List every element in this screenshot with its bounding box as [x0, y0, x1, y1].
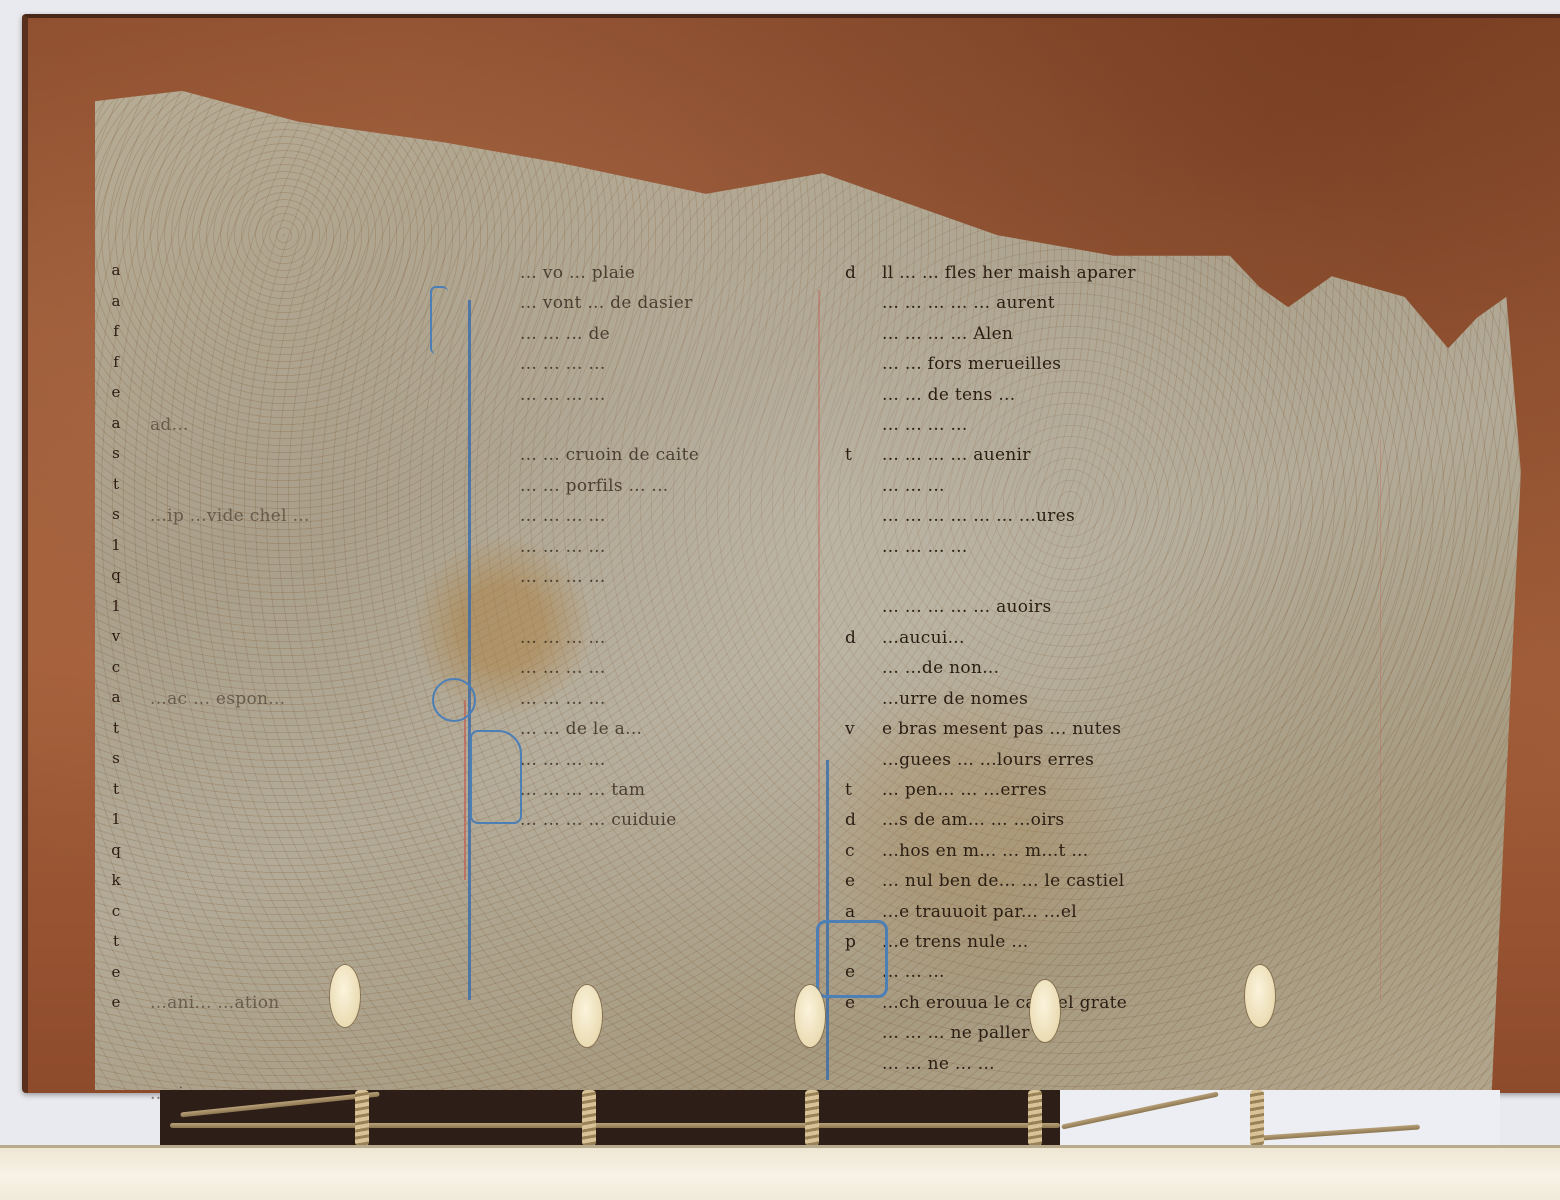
text-line: [150, 319, 430, 349]
text-line: [520, 957, 820, 987]
text-line: ...ani... ...ation: [150, 988, 430, 1018]
text-line: ... pen... ... ...erres: [882, 775, 1182, 805]
text-line: ... ... ... ...: [520, 623, 820, 653]
quire-letter: s: [112, 743, 120, 774]
text-line: ... ... ...: [882, 957, 1182, 987]
sewing-support: [582, 1090, 596, 1146]
text-line: e bras mesent pas ... nutes: [882, 714, 1182, 744]
quire-letter: a: [112, 286, 121, 317]
decorated-initial-top: [430, 286, 448, 354]
line-initial: [845, 1049, 865, 1079]
quire-letter: t: [113, 774, 119, 805]
sewing-tab: [572, 985, 602, 1047]
text-line: [150, 653, 430, 683]
quire-letter: e: [112, 987, 121, 1018]
text-line: [150, 380, 430, 410]
text-line: ... ... ... ...: [520, 380, 820, 410]
text-line: [150, 775, 430, 805]
text-line: ... ... ... ...: [520, 501, 820, 531]
line-initial: d: [845, 258, 865, 288]
quire-letter: a: [112, 255, 121, 286]
quire-letter: q: [111, 835, 121, 866]
quire-letter: e: [112, 377, 121, 408]
penwork-blue-line: [468, 300, 471, 1000]
line-initial: [845, 501, 865, 531]
text-line: [150, 957, 430, 987]
quire-letter: q: [111, 560, 121, 591]
text-line: [520, 1049, 820, 1079]
text-line: ... ... ...: [882, 471, 1182, 501]
text-line: [882, 562, 1182, 592]
line-initial: [845, 380, 865, 410]
text-line: ll ... ... fles her maish aparer: [882, 258, 1182, 288]
text-line: ... ... ... ... ... auoirs: [882, 592, 1182, 622]
line-initial: [845, 410, 865, 440]
text-line: [150, 532, 430, 562]
text-line: [520, 410, 820, 440]
text-line: ... ... ... ...: [882, 532, 1182, 562]
quire-letter: v: [112, 621, 120, 652]
text-line: ...ip ...vide chel ...: [150, 501, 430, 531]
text-line: ...ac ... espon...: [150, 684, 430, 714]
text-line: [150, 440, 430, 470]
line-initial: [845, 592, 865, 622]
quire-letter: a: [112, 682, 121, 713]
penwork-red-line: [464, 700, 466, 880]
sewing-support: [355, 1090, 369, 1146]
text-line: ... ... ... ... ... ... ...ures: [882, 501, 1182, 531]
text-line: ...hos en m... ... m...t ...: [882, 836, 1182, 866]
sewing-support: [1250, 1090, 1264, 1146]
text-line: [520, 988, 820, 1018]
text-line: ... ...de non...: [882, 653, 1182, 683]
penwork-flourish-side: [470, 730, 522, 824]
text-line: [150, 836, 430, 866]
text-line: ... ... ... ... Alen: [882, 319, 1182, 349]
text-line: [150, 471, 430, 501]
sewing-tab: [1030, 980, 1060, 1042]
text-line: [150, 745, 430, 775]
text-line: [150, 288, 430, 318]
text-line: [150, 623, 430, 653]
quire-letter: t: [113, 469, 119, 500]
line-initial: [845, 653, 865, 683]
text-line: ... ... ... ...: [520, 745, 820, 775]
line-initial: [845, 471, 865, 501]
text-line: [520, 897, 820, 927]
middle-text-column: ... vo ... plaie... vont ... de dasier..…: [520, 258, 820, 1109]
quire-letter: 1: [111, 530, 121, 561]
line-initial: [845, 1018, 865, 1048]
line-initial: t: [845, 440, 865, 470]
text-line: [520, 1018, 820, 1048]
text-line: ...e trauuoit par... ...el: [882, 897, 1182, 927]
line-initial: d: [845, 805, 865, 835]
quire-letter: f: [113, 316, 119, 347]
quire-letter: 1: [111, 804, 121, 835]
text-line: ... ... fors merueilles: [882, 349, 1182, 379]
quire-letter: t: [113, 713, 119, 744]
quire-letter: e: [112, 957, 121, 988]
text-line: [150, 592, 430, 622]
text-line: ... vont ... de dasier: [520, 288, 820, 318]
left-text-column: ad... ...ip ...vide chel ... ...ac ... e…: [150, 258, 430, 1109]
text-line: ... vo ... plaie: [520, 258, 820, 288]
line-initial: [845, 319, 865, 349]
spine-letters: aaffeasts1q1vcatst1qkctee: [104, 255, 128, 1018]
text-line: [150, 258, 430, 288]
text-line: ... ... ... ... cuiduie: [520, 805, 820, 835]
text-line: ... ... porfils ... ...: [520, 471, 820, 501]
text-line: ... ... ... ...: [882, 410, 1182, 440]
text-line: [150, 927, 430, 957]
text-line: ... ... ... ...: [520, 349, 820, 379]
quire-letter: c: [112, 652, 120, 683]
text-line: ... ... de tens ...: [882, 380, 1182, 410]
sewing-support: [805, 1090, 819, 1146]
text-line: [520, 836, 820, 866]
sewing-tab: [330, 965, 360, 1027]
line-initial: [845, 562, 865, 592]
text-line: ... ... ... ...: [520, 684, 820, 714]
text-line: ... ... ... ... ... aurent: [882, 288, 1182, 318]
text-line: ... ... ... ...: [520, 532, 820, 562]
quire-letter: f: [113, 347, 119, 378]
text-line: ... ... cruoin de caite: [520, 440, 820, 470]
quire-letter: k: [111, 865, 120, 896]
text-line: ... ... ... ... tam: [520, 775, 820, 805]
text-line: [150, 714, 430, 744]
line-initial: [845, 745, 865, 775]
penwork-flourish: [432, 678, 476, 722]
line-initial: t: [845, 775, 865, 805]
text-line: ad...: [150, 410, 430, 440]
text-line: [520, 866, 820, 896]
line-initial: v: [845, 714, 865, 744]
quire-letter: s: [112, 499, 120, 530]
sewing-tab: [1245, 965, 1275, 1027]
text-line: [150, 805, 430, 835]
text-line: ... ... ... de: [520, 319, 820, 349]
right-text-column: ll ... ... fles her maish aparer... ... …: [882, 258, 1182, 1079]
quire-letter: c: [112, 896, 120, 927]
quire-letter: s: [112, 438, 120, 469]
text-line: ...aucui...: [882, 623, 1182, 653]
text-line: [520, 927, 820, 957]
quire-letter: a: [112, 408, 121, 439]
line-initial: e: [845, 866, 865, 896]
decorated-initial-bottom: [816, 920, 888, 998]
sewing-tab: [795, 985, 825, 1047]
text-line: [150, 1018, 430, 1048]
spine-gap-background: [1060, 1090, 1500, 1148]
quire-letter: 1: [111, 591, 121, 622]
line-initial: c: [845, 836, 865, 866]
text-line: ... ... de le a...: [520, 714, 820, 744]
text-block-edge: [0, 1145, 1560, 1200]
quire-letter: t: [113, 926, 119, 957]
text-line: ... ... ne ... ...: [882, 1049, 1182, 1079]
ruling-line: [1380, 440, 1381, 1000]
line-initial: [845, 288, 865, 318]
text-line: [520, 592, 820, 622]
text-line: [150, 897, 430, 927]
sewing-support: [1028, 1090, 1042, 1146]
line-initial: [845, 532, 865, 562]
text-line: [150, 866, 430, 896]
text-line: [150, 349, 430, 379]
text-line: ...urre de nomes: [882, 684, 1182, 714]
text-line: ...s de am... ... ...oirs: [882, 805, 1182, 835]
text-line: ...guees ... ...lours erres: [882, 745, 1182, 775]
line-initial: [845, 684, 865, 714]
text-line: ... nul ben de... ... le castiel: [882, 866, 1182, 896]
line-initial: d: [845, 623, 865, 653]
text-line: [150, 1049, 430, 1079]
text-line: ...e trens nule ...: [882, 927, 1182, 957]
text-line: ... ... ... ...: [520, 653, 820, 683]
text-line: ... ... ... ... auenir: [882, 440, 1182, 470]
penwork-red-line: [818, 290, 820, 1010]
line-initial: [845, 349, 865, 379]
text-line: [150, 562, 430, 592]
text-line: ... ... ... ...: [520, 562, 820, 592]
sewing-cord: [170, 1123, 1060, 1128]
scene-description: Inside of a medieval book cover: a leath…: [0, 0, 1, 1]
